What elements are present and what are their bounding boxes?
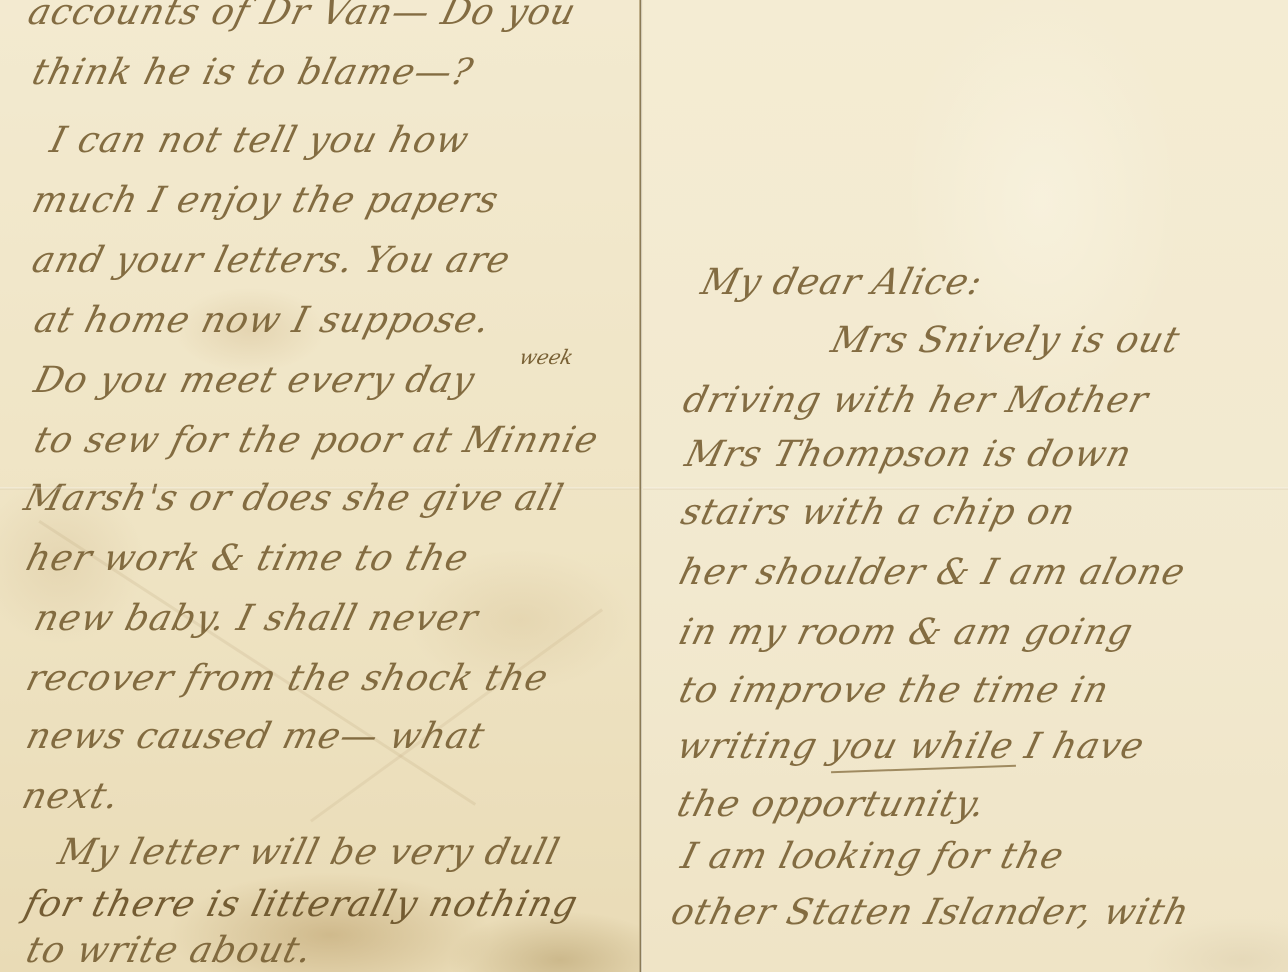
- handwritten-line: think he is to blame—?: [28, 52, 478, 93]
- handwritten-line: new baby. I shall never: [30, 598, 483, 639]
- handwritten-line: writing you while I have: [673, 726, 1149, 767]
- handwritten-line: accounts of Dr Van— Do you: [24, 0, 580, 33]
- handwritten-line: Do you meet every day: [30, 360, 479, 401]
- handwritten-line: much I enjoy the papers: [28, 180, 503, 221]
- handwritten-line: at home now I suppose.: [30, 300, 495, 341]
- handwritten-line: her work & time to the: [22, 538, 473, 579]
- handwritten-line: her shoulder & I am alone: [675, 552, 1190, 593]
- handwritten-line: other Staten Islander, with: [667, 892, 1194, 933]
- handwritten-line: to sew for the poor at Minnie: [30, 420, 603, 461]
- handwritten-line: driving with her Mother: [679, 380, 1153, 421]
- handwritten-line: I am looking for the: [677, 836, 1068, 877]
- horizontal-fold-crease: [0, 487, 1288, 490]
- handwritten-line: stairs with a chip on: [677, 492, 1080, 533]
- handwritten-line: My letter will be very dull: [54, 832, 564, 873]
- handwritten-line: the opportunity.: [673, 784, 990, 825]
- handwritten-line: to write about.: [22, 930, 317, 971]
- letter-page-left: accounts of Dr Van— Do you think he is t…: [0, 0, 641, 972]
- handwritten-line: Mrs Thompson is down: [681, 434, 1136, 475]
- handwritten-line: and your letters. You are: [28, 240, 515, 281]
- handwritten-line: Marsh's or does she give all: [20, 478, 568, 519]
- handwritten-line: in my room & am going: [675, 612, 1137, 653]
- handwritten-line: to improve the time in: [675, 670, 1113, 711]
- handwritten-line: news caused me— what: [22, 716, 489, 757]
- letter-page-right: My dear Alice: Mrs Snively is out drivin…: [641, 0, 1288, 972]
- handwritten-line: recover from the shock the: [22, 658, 553, 699]
- handwritten-line: next.: [18, 776, 124, 817]
- handwritten-line: for there is litterally nothing: [20, 884, 582, 925]
- page-edge-divider: [639, 0, 643, 972]
- handwritten-line: Mrs Snively is out: [827, 320, 1184, 361]
- handwritten-line: I can not tell you how: [46, 120, 473, 161]
- inserted-word: week: [517, 345, 576, 369]
- salutation: My dear Alice:: [697, 262, 987, 303]
